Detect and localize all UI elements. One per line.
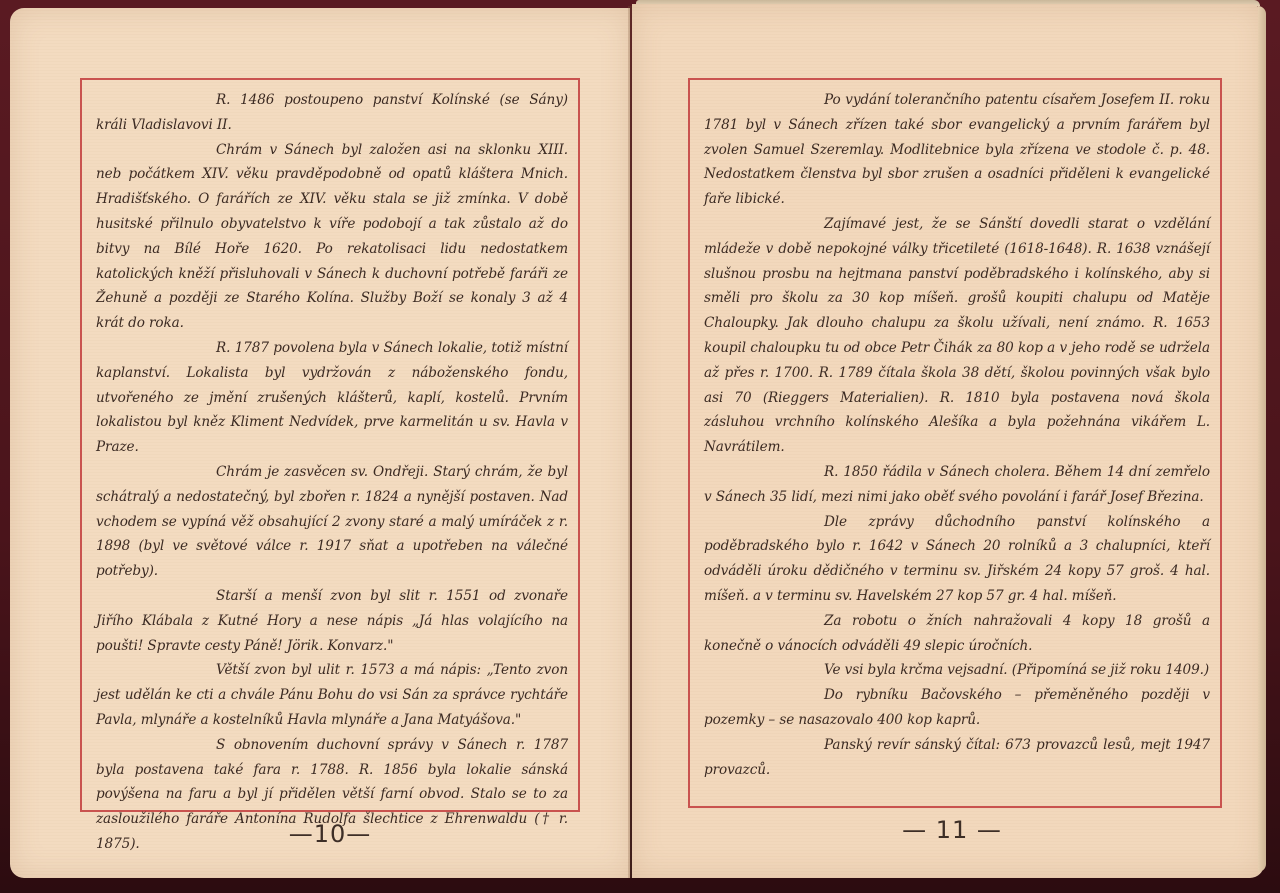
- left-page: R. 1486 postoupeno panství Kolínské (se …: [10, 8, 630, 878]
- paragraph: Zajímavé jest, že se Sánští dovedli star…: [704, 212, 1210, 460]
- page-number-right: — 11 —: [632, 816, 1272, 844]
- paragraph: Chrám v Sánech byl založen asi na sklonk…: [96, 138, 568, 336]
- paragraph: Do rybníku Bačovského – přeměněného pozd…: [704, 683, 1210, 733]
- right-page: Po vydání tolerančního patentu císařem J…: [632, 4, 1264, 878]
- paragraph: Starší a menší zvon byl slit r. 1551 od …: [96, 584, 568, 658]
- book-spread: R. 1486 postoupeno panství Kolínské (se …: [0, 0, 1280, 893]
- paragraph: R. 1486 postoupeno panství Kolínské (se …: [96, 88, 568, 138]
- paragraph: Po vydání tolerančního patentu císařem J…: [704, 88, 1210, 212]
- paragraph: Za robotu o žních nahražovali 4 kopy 18 …: [704, 609, 1210, 659]
- paragraph: R. 1850 řádila v Sánech cholera. Během 1…: [704, 460, 1210, 510]
- left-page-frame: R. 1486 postoupeno panství Kolínské (se …: [80, 78, 580, 812]
- right-page-text: Po vydání tolerančního patentu císařem J…: [704, 88, 1210, 782]
- left-page-text: R. 1486 postoupeno panství Kolínské (se …: [96, 88, 568, 857]
- paragraph: Větší zvon byl ulit r. 1573 a má nápis: …: [96, 658, 568, 732]
- paragraph: Dle zprávy důchodního panství kolínského…: [704, 510, 1210, 609]
- right-page-frame: Po vydání tolerančního patentu císařem J…: [688, 78, 1222, 808]
- paragraph: Ve vsi byla krčma vejsadní. (Připomíná s…: [704, 658, 1210, 683]
- page-number-left: —10—: [10, 820, 650, 848]
- paragraph: Chrám je zasvěcen sv. Ondřeji. Starý chr…: [96, 460, 568, 584]
- paragraph: R. 1787 povolena byla v Sánech lokalie, …: [96, 336, 568, 460]
- page-stack-right-edge: [1258, 6, 1266, 872]
- paragraph: Panský revír sánský čítal: 673 provazců …: [704, 733, 1210, 783]
